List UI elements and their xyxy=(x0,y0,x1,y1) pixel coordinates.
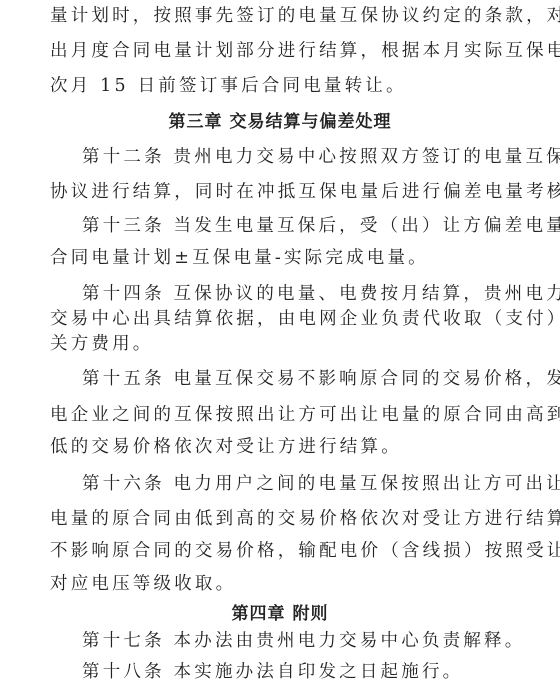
chapter-heading: 第四章 附则 xyxy=(0,602,560,626)
text-line: 电企业之间的互保按照出让方可出让电量的原合同由高到 xyxy=(50,403,560,427)
text-line: 协议进行结算，同时在冲抵互保电量后进行偏差电量考核。 xyxy=(50,180,560,204)
text-line: 量计划时，按照事先签订的电量互保协议约定的条款，对超 xyxy=(50,4,560,28)
article-line: 第十四条 互保协议的电量、电费按月结算，贵州电力 xyxy=(82,282,560,306)
text-line: 低的交易价格依次对受让方进行结算。 xyxy=(50,435,402,459)
text-line: 对应电压等级收取。 xyxy=(50,572,236,596)
document-page: 量计划时，按照事先签订的电量互保协议约定的条款，对超 出月度合同电量计划部分进行… xyxy=(0,0,560,682)
text-line: 合同电量计划±互保电量-实际完成电量。 xyxy=(50,246,429,270)
text-line: 出月度合同电量计划部分进行结算，根据本月实际互保电量， xyxy=(50,39,560,63)
text-line: 不影响原合同的交易价格，输配电价（含线损）按照受让方 xyxy=(50,539,560,563)
article-line: 第十五条 电量互保交易不影响原合同的交易价格，发 xyxy=(82,367,560,391)
article-line: 第十八条 本实施办法自印发之日起施行。 xyxy=(82,660,463,682)
text-line: 交易中心出具结算依据，由电网企业负责代收取（支付）相 xyxy=(50,307,560,331)
article-line: 第十三条 当发生电量互保后，受（出）让方偏差电量= xyxy=(82,214,560,238)
article-line: 第十二条 贵州电力交易中心按照双方签订的电量互保 xyxy=(82,145,560,169)
text-line: 次月 15 日前签订事后合同电量转让。 xyxy=(50,74,407,98)
article-line: 第十六条 电力用户之间的电量互保按照出让方可出让 xyxy=(82,472,560,496)
text-line: 电量的原合同由低到高的交易价格依次对受让方进行结算， xyxy=(50,507,560,531)
text-line: 关方费用。 xyxy=(50,332,154,356)
chapter-heading: 第三章 交易结算与偏差处理 xyxy=(0,110,560,134)
article-line: 第十七条 本办法由贵州电力交易中心负责解释。 xyxy=(82,629,525,653)
